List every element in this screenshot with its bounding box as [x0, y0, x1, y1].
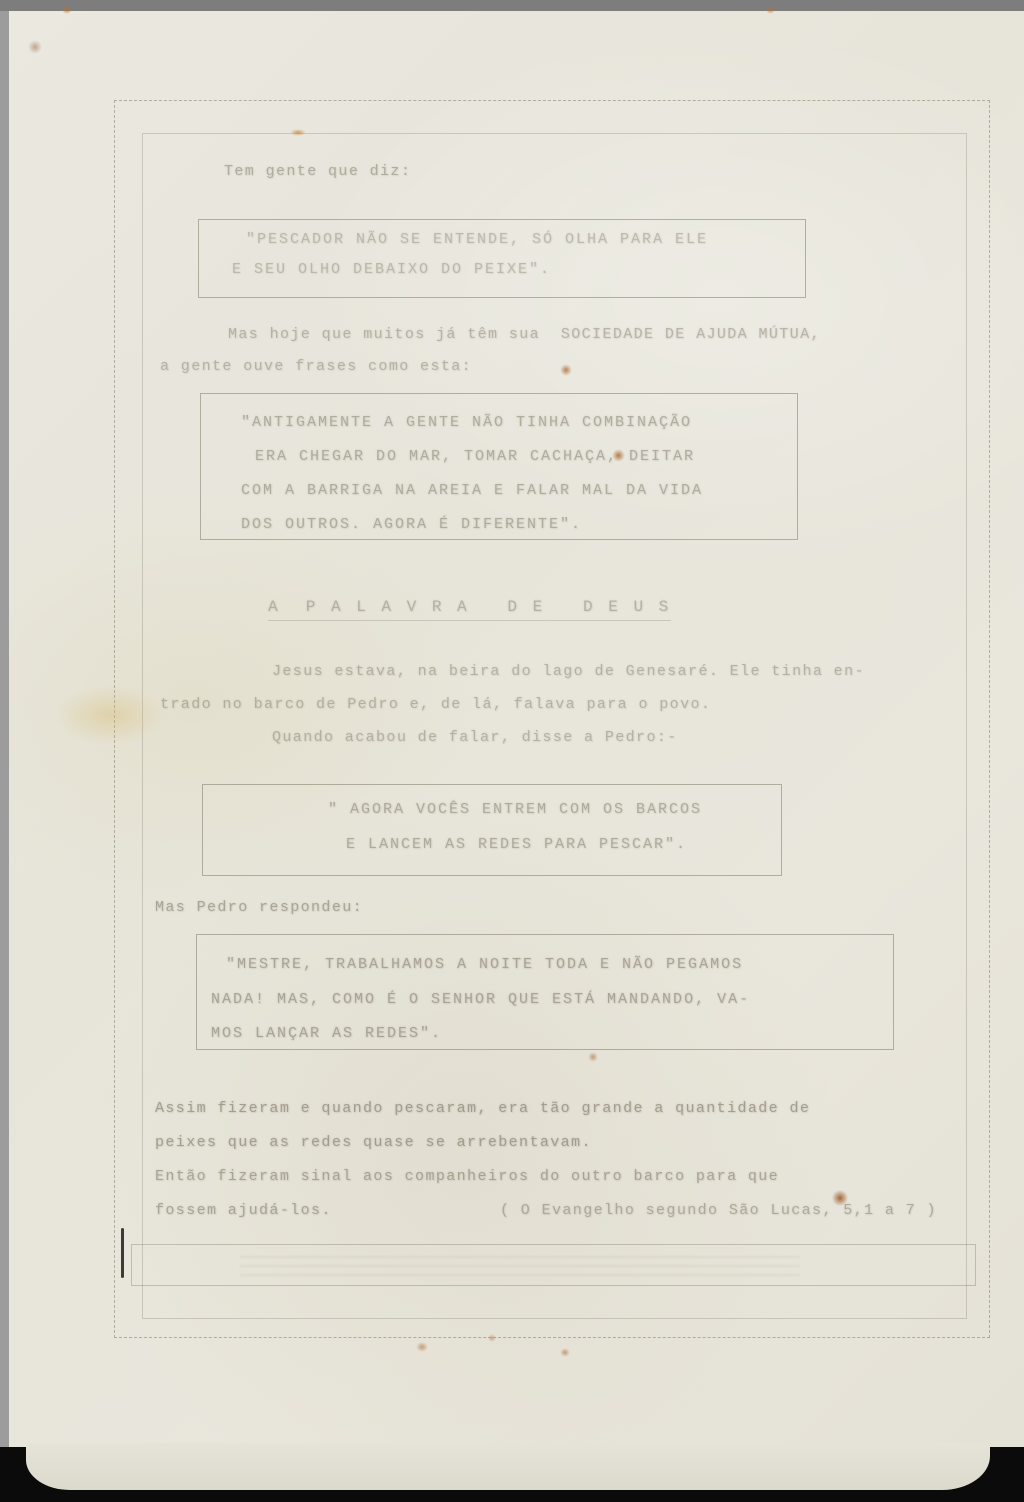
- pen-mark: [121, 1228, 124, 1278]
- para4-line3: Então fizeram sinal aos companheiros do …: [155, 1168, 779, 1185]
- quote4-line3: MOS LANÇAR AS REDES".: [211, 1025, 442, 1042]
- para1-line2: a gente ouve frases como esta:: [160, 358, 472, 375]
- quote4-line2: NADA! MAS, COMO É O SENHOR QUE ESTÁ MAND…: [211, 991, 750, 1008]
- para2-line1: Jesus estava, na beira do lago de Genesa…: [272, 663, 865, 680]
- section-heading: A P A L A V R A D E D E U S: [268, 598, 671, 621]
- quote1-line2: E SEU OLHO DEBAIXO DO PEIXE".: [232, 261, 551, 278]
- quote2-line1: "ANTIGAMENTE A GENTE NÃO TINHA COMBINAÇÃ…: [241, 414, 692, 431]
- footer-box: [131, 1244, 976, 1286]
- paper-bottom-edge: [26, 1443, 990, 1490]
- quote2-line2: ERA CHEGAR DO MAR, TOMAR CACHAÇA, DEITAR: [255, 448, 695, 465]
- gospel-citation: ( O Evangelho segundo São Lucas, 5,1 a 7…: [500, 1202, 937, 1219]
- para3-line: Mas Pedro respondeu:: [155, 899, 363, 916]
- para1-line1: Mas hoje que muitos já têm sua SOCIEDADE…: [228, 326, 821, 343]
- para2-line3: Quando acabou de falar, disse a Pedro:-: [272, 729, 678, 746]
- intro-line: Tem gente que diz:: [224, 163, 411, 180]
- para4-line2: peixes que as redes quase se arrebentava…: [155, 1134, 592, 1151]
- quote2-line4: DOS OUTROS. AGORA É DIFERENTE".: [241, 516, 582, 533]
- quote1-line1: "PESCADOR NÃO SE ENTENDE, SÓ OLHA PARA E…: [246, 231, 708, 248]
- quote2-line3: COM A BARRIGA NA AREIA E FALAR MAL DA VI…: [241, 482, 703, 499]
- quote3-line1: " AGORA VOCÊS ENTREM COM OS BARCOS: [328, 801, 702, 818]
- para2-line2: trado no barco de Pedro e, de lá, falava…: [160, 696, 711, 713]
- para4-line4: fossem ajudá-los.: [155, 1202, 332, 1219]
- quote-box-3: [202, 784, 782, 876]
- quote3-line2: E LANCEM AS REDES PARA PESCAR".: [346, 836, 687, 853]
- quote4-line1: "MESTRE, TRABALHAMOS A NOITE TODA E NÃO …: [226, 956, 743, 973]
- para4-line1: Assim fizeram e quando pescaram, era tão…: [155, 1100, 810, 1117]
- scanner-edge-left: [0, 11, 9, 1447]
